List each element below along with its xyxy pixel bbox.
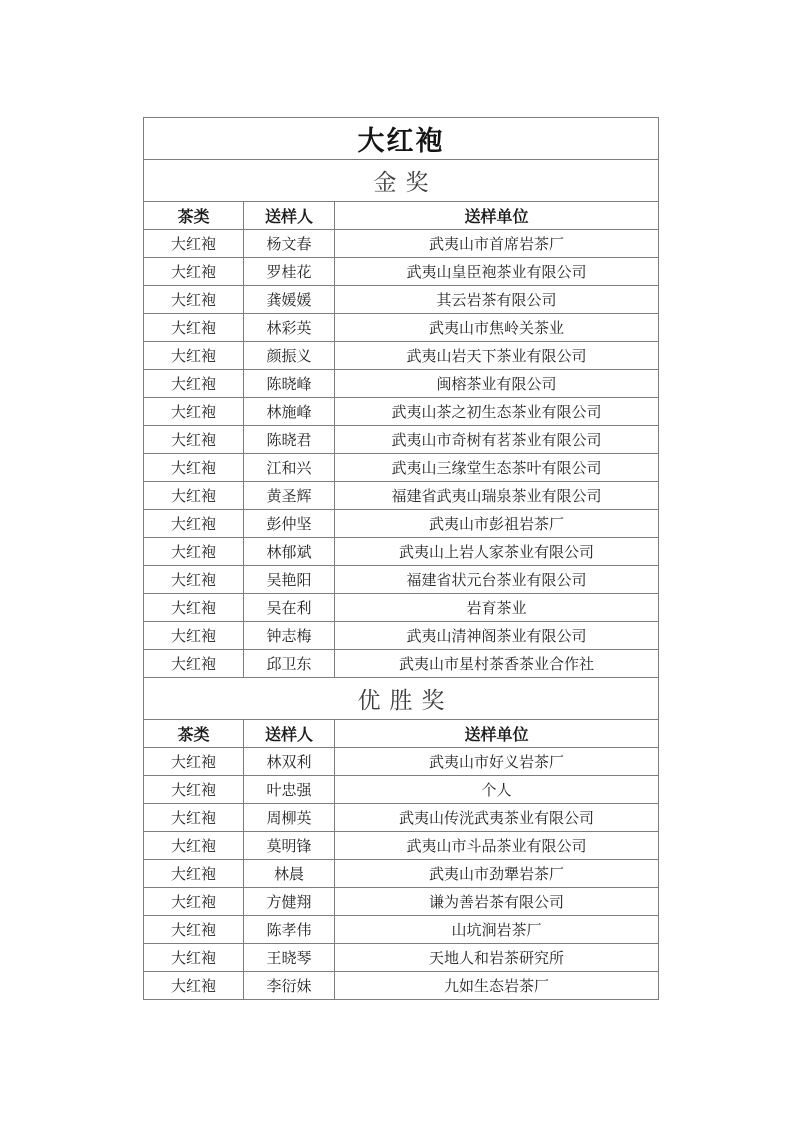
- award-section-title: 金奖: [144, 160, 659, 202]
- sample-org-cell: 山坑涧岩茶厂: [335, 916, 659, 944]
- sample-person-cell: 周柳英: [244, 804, 335, 832]
- tea-type-cell: 大红袍: [144, 594, 244, 622]
- sample-org-cell: 武夷山岩天下茶业有限公司: [335, 342, 659, 370]
- tea-type-cell: 大红袍: [144, 832, 244, 860]
- column-header-sample-person: 送样人: [244, 202, 335, 230]
- table-row: 大红袍陈晓君武夷山市奇树有茗茶业有限公司: [144, 426, 659, 454]
- sample-org-cell: 武夷山市彭祖岩茶厂: [335, 510, 659, 538]
- sample-org-cell: 武夷山市奇树有茗茶业有限公司: [335, 426, 659, 454]
- table-row: 大红袍叶忠强个人: [144, 776, 659, 804]
- sample-person-cell: 陈晓君: [244, 426, 335, 454]
- tea-type-cell: 大红袍: [144, 566, 244, 594]
- table-row: 大红袍江和兴武夷山三缘堂生态茶叶有限公司: [144, 454, 659, 482]
- tea-type-cell: 大红袍: [144, 944, 244, 972]
- award-section-row: 优胜奖: [144, 678, 659, 720]
- tea-type-cell: 大红袍: [144, 426, 244, 454]
- table-row: 大红袍罗桂花武夷山皇臣袍茶业有限公司: [144, 258, 659, 286]
- sample-org-cell: 福建省武夷山瑞泉茶业有限公司: [335, 482, 659, 510]
- tea-type-cell: 大红袍: [144, 286, 244, 314]
- sample-person-cell: 林晨: [244, 860, 335, 888]
- tea-type-cell: 大红袍: [144, 916, 244, 944]
- sample-org-cell: 武夷山上岩人家茶业有限公司: [335, 538, 659, 566]
- tea-type-cell: 大红袍: [144, 888, 244, 916]
- sample-org-cell: 武夷山市斗品茶业有限公司: [335, 832, 659, 860]
- sample-person-cell: 林施峰: [244, 398, 335, 426]
- table-row: 大红袍陈晓峰闽榕茶业有限公司: [144, 370, 659, 398]
- tea-type-cell: 大红袍: [144, 370, 244, 398]
- sample-person-cell: 林双利: [244, 748, 335, 776]
- table-row: 大红袍颜振义武夷山岩天下茶业有限公司: [144, 342, 659, 370]
- tea-type-cell: 大红袍: [144, 776, 244, 804]
- table-row: 大红袍邱卫东武夷山市星村茶香茶业合作社: [144, 650, 659, 678]
- table-row: 大红袍彭仲坚武夷山市彭祖岩茶厂: [144, 510, 659, 538]
- table-row: 大红袍林施峰武夷山茶之初生态茶业有限公司: [144, 398, 659, 426]
- table-row: 大红袍方健翔谦为善岩茶有限公司: [144, 888, 659, 916]
- sample-person-cell: 吴在利: [244, 594, 335, 622]
- table-row: 大红袍林晨武夷山市劲犟岩茶厂: [144, 860, 659, 888]
- sample-person-cell: 叶忠强: [244, 776, 335, 804]
- sample-org-cell: 个人: [335, 776, 659, 804]
- sample-person-cell: 黄圣辉: [244, 482, 335, 510]
- tea-type-cell: 大红袍: [144, 860, 244, 888]
- tea-type-cell: 大红袍: [144, 342, 244, 370]
- sample-person-cell: 颜振义: [244, 342, 335, 370]
- table-row: 大红袍吴艳阳福建省状元台茶业有限公司: [144, 566, 659, 594]
- tea-type-cell: 大红袍: [144, 454, 244, 482]
- column-header-sample-person: 送样人: [244, 720, 335, 748]
- table-title-row: 大红袍: [144, 118, 659, 160]
- column-header-sample-org: 送样单位: [335, 202, 659, 230]
- table-row: 大红袍杨文春武夷山市首席岩茶厂: [144, 230, 659, 258]
- sample-org-cell: 武夷山市劲犟岩茶厂: [335, 860, 659, 888]
- sample-org-cell: 闽榕茶业有限公司: [335, 370, 659, 398]
- sample-person-cell: 李衍妹: [244, 972, 335, 1000]
- sample-person-cell: 江和兴: [244, 454, 335, 482]
- tea-type-cell: 大红袍: [144, 510, 244, 538]
- table-row: 大红袍李衍妹九如生态岩茶厂: [144, 972, 659, 1000]
- column-header-row: 茶类送样人送样单位: [144, 202, 659, 230]
- sample-org-cell: 岩育茶业: [335, 594, 659, 622]
- sample-org-cell: 武夷山市首席岩茶厂: [335, 230, 659, 258]
- award-table: 大红袍金奖茶类送样人送样单位大红袍杨文春武夷山市首席岩茶厂大红袍罗桂花武夷山皇臣…: [143, 117, 659, 1000]
- sample-person-cell: 林彩英: [244, 314, 335, 342]
- tea-type-cell: 大红袍: [144, 230, 244, 258]
- sample-person-cell: 邱卫东: [244, 650, 335, 678]
- tea-type-cell: 大红袍: [144, 482, 244, 510]
- table-row: 大红袍黄圣辉福建省武夷山瑞泉茶业有限公司: [144, 482, 659, 510]
- sample-org-cell: 其云岩茶有限公司: [335, 286, 659, 314]
- sample-org-cell: 谦为善岩茶有限公司: [335, 888, 659, 916]
- sample-org-cell: 武夷山传洸武夷茶业有限公司: [335, 804, 659, 832]
- award-section-row: 金奖: [144, 160, 659, 202]
- tea-type-cell: 大红袍: [144, 622, 244, 650]
- sample-org-cell: 武夷山市焦岭关茶业: [335, 314, 659, 342]
- tea-type-cell: 大红袍: [144, 972, 244, 1000]
- table-row: 大红袍龚媛媛其云岩茶有限公司: [144, 286, 659, 314]
- sample-person-cell: 方健翔: [244, 888, 335, 916]
- column-header-row: 茶类送样人送样单位: [144, 720, 659, 748]
- table-title: 大红袍: [144, 118, 659, 160]
- table-row: 大红袍陈孝伟山坑涧岩茶厂: [144, 916, 659, 944]
- sample-org-cell: 天地人和岩茶研究所: [335, 944, 659, 972]
- column-header-tea-type: 茶类: [144, 720, 244, 748]
- table-row: 大红袍莫明锋武夷山市斗品茶业有限公司: [144, 832, 659, 860]
- column-header-tea-type: 茶类: [144, 202, 244, 230]
- sample-org-cell: 武夷山皇臣袍茶业有限公司: [335, 258, 659, 286]
- table-row: 大红袍林双利武夷山市好义岩茶厂: [144, 748, 659, 776]
- sample-person-cell: 杨文春: [244, 230, 335, 258]
- tea-type-cell: 大红袍: [144, 650, 244, 678]
- sample-org-cell: 武夷山清神阁茶业有限公司: [335, 622, 659, 650]
- sample-person-cell: 罗桂花: [244, 258, 335, 286]
- document-page: 大红袍金奖茶类送样人送样单位大红袍杨文春武夷山市首席岩茶厂大红袍罗桂花武夷山皇臣…: [0, 0, 800, 1131]
- tea-type-cell: 大红袍: [144, 314, 244, 342]
- table-row: 大红袍吴在利岩育茶业: [144, 594, 659, 622]
- table-row: 大红袍王晓琴天地人和岩茶研究所: [144, 944, 659, 972]
- sample-person-cell: 林郁斌: [244, 538, 335, 566]
- sample-org-cell: 武夷山三缘堂生态茶叶有限公司: [335, 454, 659, 482]
- sample-person-cell: 吴艳阳: [244, 566, 335, 594]
- table-row: 大红袍钟志梅武夷山清神阁茶业有限公司: [144, 622, 659, 650]
- sample-person-cell: 陈晓峰: [244, 370, 335, 398]
- award-table-body: 大红袍金奖茶类送样人送样单位大红袍杨文春武夷山市首席岩茶厂大红袍罗桂花武夷山皇臣…: [144, 118, 659, 1000]
- sample-person-cell: 钟志梅: [244, 622, 335, 650]
- sample-person-cell: 王晓琴: [244, 944, 335, 972]
- sample-person-cell: 彭仲坚: [244, 510, 335, 538]
- sample-org-cell: 武夷山市星村茶香茶业合作社: [335, 650, 659, 678]
- award-section-title: 优胜奖: [144, 678, 659, 720]
- tea-type-cell: 大红袍: [144, 258, 244, 286]
- sample-org-cell: 九如生态岩茶厂: [335, 972, 659, 1000]
- sample-person-cell: 龚媛媛: [244, 286, 335, 314]
- column-header-sample-org: 送样单位: [335, 720, 659, 748]
- tea-type-cell: 大红袍: [144, 804, 244, 832]
- tea-type-cell: 大红袍: [144, 398, 244, 426]
- sample-person-cell: 陈孝伟: [244, 916, 335, 944]
- table-row: 大红袍周柳英武夷山传洸武夷茶业有限公司: [144, 804, 659, 832]
- sample-person-cell: 莫明锋: [244, 832, 335, 860]
- sample-org-cell: 武夷山茶之初生态茶业有限公司: [335, 398, 659, 426]
- table-row: 大红袍林郁斌武夷山上岩人家茶业有限公司: [144, 538, 659, 566]
- table-row: 大红袍林彩英武夷山市焦岭关茶业: [144, 314, 659, 342]
- tea-type-cell: 大红袍: [144, 538, 244, 566]
- tea-type-cell: 大红袍: [144, 748, 244, 776]
- sample-org-cell: 福建省状元台茶业有限公司: [335, 566, 659, 594]
- sample-org-cell: 武夷山市好义岩茶厂: [335, 748, 659, 776]
